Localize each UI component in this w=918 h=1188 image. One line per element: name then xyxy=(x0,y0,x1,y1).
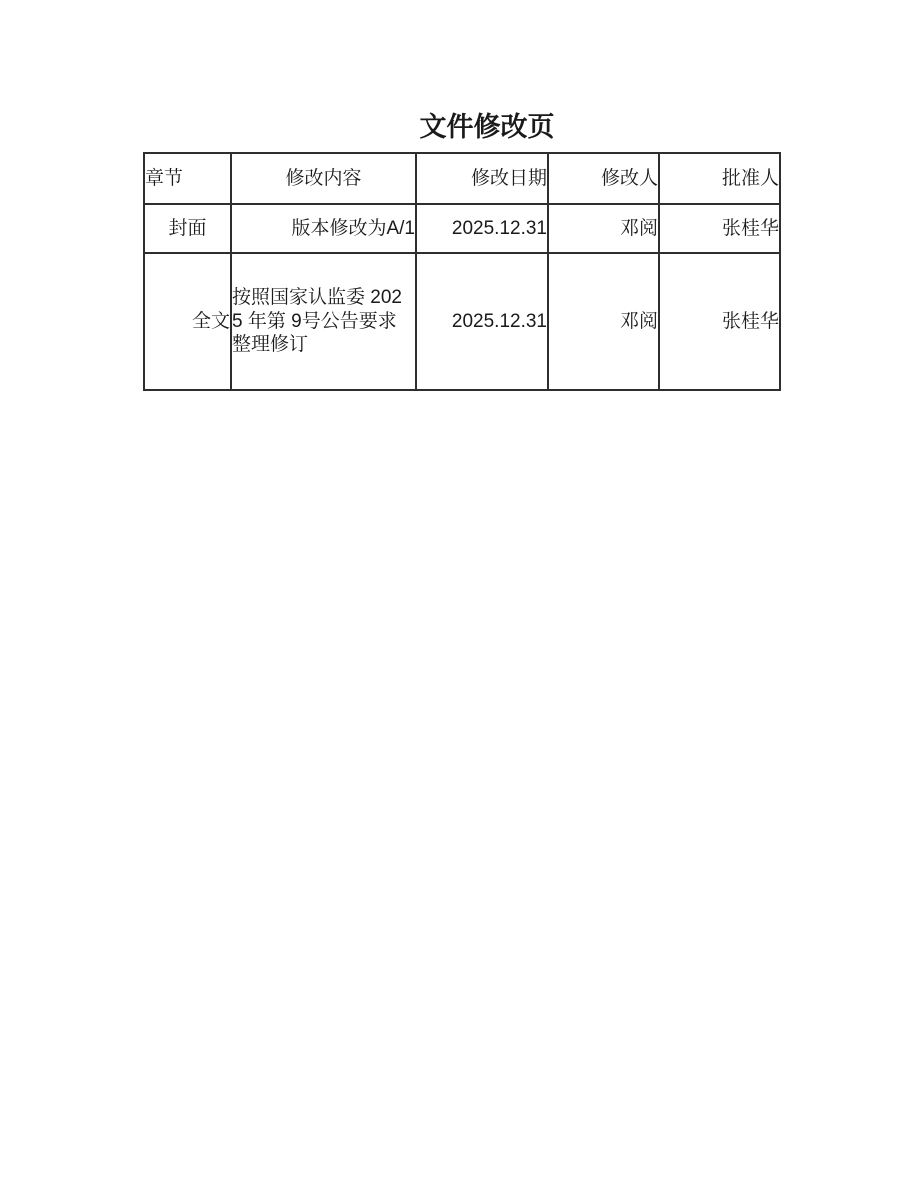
document-page: 文件修改页 章节 修改内容 修改日期 修改人 批准人 封面 版本修改为A/1 2… xyxy=(0,0,918,1188)
cell-reviser: 邓阅 xyxy=(548,253,659,390)
header-cell-section: 章节 xyxy=(144,153,231,204)
header-cell-approver: 批准人 xyxy=(659,153,780,204)
cell-approver: 张桂华 xyxy=(659,204,780,253)
cell-date: 2025.12.31 xyxy=(416,204,548,253)
table-header-row: 章节 修改内容 修改日期 修改人 批准人 xyxy=(144,153,780,204)
cell-reviser: 邓阅 xyxy=(548,204,659,253)
cell-content: 按照国家认监委 202 5 年第 9号公告要求 整理修订 xyxy=(231,253,416,390)
table-row-cover: 封面 版本修改为A/1 2025.12.31 邓阅 张桂华 xyxy=(144,204,780,253)
revision-table: 章节 修改内容 修改日期 修改人 批准人 封面 版本修改为A/1 2025.12… xyxy=(143,152,781,391)
header-cell-reviser: 修改人 xyxy=(548,153,659,204)
page-title: 文件修改页 xyxy=(0,112,918,142)
cell-section: 封面 xyxy=(144,204,231,253)
cell-date: 2025.12.31 xyxy=(416,253,548,390)
cell-content: 版本修改为A/1 xyxy=(231,204,416,253)
header-cell-content: 修改内容 xyxy=(231,153,416,204)
header-cell-date: 修改日期 xyxy=(416,153,548,204)
cell-section: 全文 xyxy=(144,253,231,390)
cell-approver: 张桂华 xyxy=(659,253,780,390)
table-row-fulltext: 全文 按照国家认监委 202 5 年第 9号公告要求 整理修订 2025.12.… xyxy=(144,253,780,390)
